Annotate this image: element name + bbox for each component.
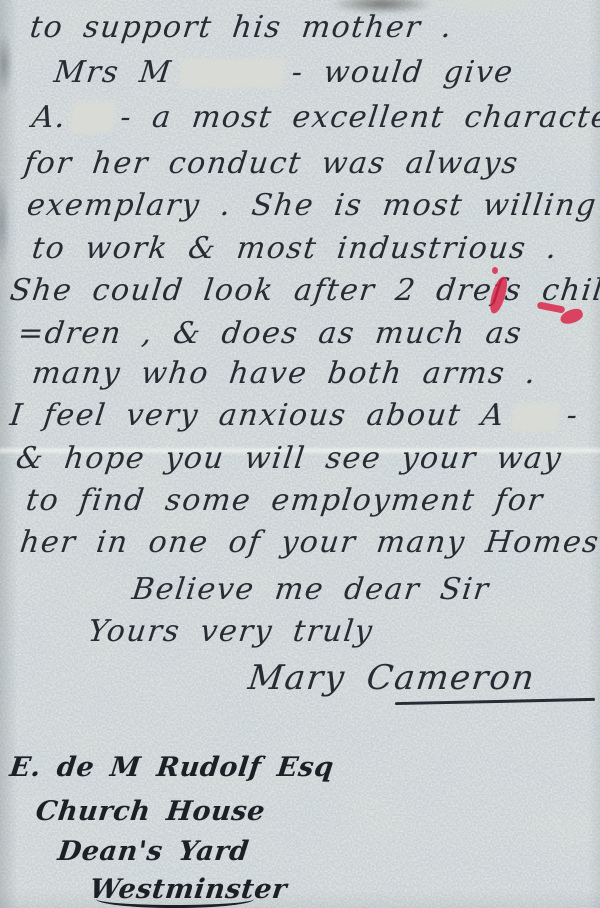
ink-stain — [492, 267, 498, 274]
letter-text: many who have both arms . — [30, 356, 539, 391]
letter-line: to work & most industrious . — [30, 231, 560, 266]
letter-line: I feel very anxious about A- — [8, 398, 581, 433]
letter-line: =dren , & does as much as — [16, 316, 524, 351]
signature: Mary Cameron — [246, 658, 538, 698]
letter-text: - a most excellent character, — [118, 100, 600, 135]
address-line: E. de M Rudolf Esq — [8, 752, 336, 783]
letter-text: exemplary . She is most willing — [25, 188, 599, 223]
letter-text: for her conduct was always — [22, 146, 521, 181]
letter-text: She could look after 2 dreſs chil — [8, 273, 600, 308]
letter-line: She could look after 2 dreſs chil — [8, 273, 600, 308]
address-line: Church House — [34, 796, 267, 827]
letter-text: Yours very truly — [86, 614, 376, 649]
letter-text: to work & most industrious . — [30, 231, 560, 266]
letter-line: A.- a most excellent character, — [30, 100, 600, 135]
letter-text: Believe me dear Sir — [130, 572, 492, 607]
address-line: Dean's Yard — [56, 836, 251, 867]
letter-line: to find some employment for — [24, 483, 546, 518]
letter-text: - would give — [290, 55, 516, 90]
letter-page: to support his mother . Mrs M- would giv… — [0, 0, 600, 908]
letter-text: A. — [30, 100, 69, 135]
signature-text: Mary Cameron — [246, 658, 538, 698]
letter-line: for her conduct was always — [22, 146, 521, 181]
closing-line: Believe me dear Sir — [130, 572, 492, 607]
letter-text: =dren , & does as much as — [16, 316, 524, 351]
letter-line: to support his mother . — [28, 10, 455, 45]
letter-text: Mrs M — [52, 55, 174, 90]
letter-text: & hope you will see your way — [14, 441, 564, 476]
letter-text: to find some employment for — [24, 483, 546, 518]
closing-line: Yours very truly — [86, 614, 376, 649]
letter-line: Mrs M- would give — [52, 55, 516, 90]
letter-text: her in one of your many Homes - — [18, 525, 600, 560]
letter-text: to support his mother . — [28, 10, 455, 45]
letter-line: & hope you will see your way — [14, 441, 564, 476]
redaction-box — [73, 104, 114, 131]
redaction-box — [513, 405, 558, 429]
redaction-box — [180, 61, 283, 86]
letter-line: exemplary . She is most willing — [25, 188, 599, 223]
letter-line: many who have both arms . — [30, 356, 539, 391]
letter-line: her in one of your many Homes - — [18, 525, 600, 560]
address-line: Westminster — [88, 874, 289, 905]
letter-text: I feel very anxious about A — [8, 398, 507, 433]
